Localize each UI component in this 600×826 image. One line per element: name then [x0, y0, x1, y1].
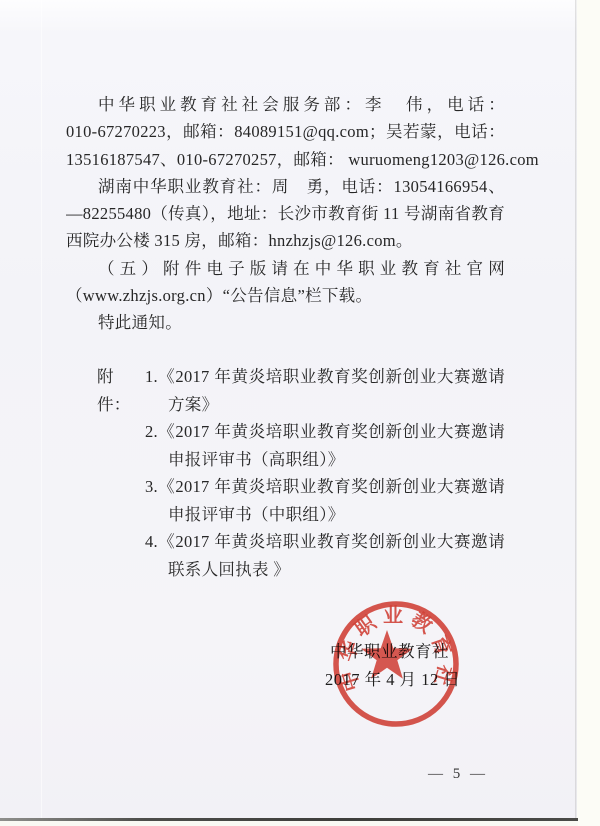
attachment-item-line: 申报评审书（高职组）》 — [145, 446, 505, 474]
page-number: — 5 — — [428, 766, 488, 783]
scan-margin — [577, 0, 600, 826]
body-text-line: 13516187547、010-67270257，邮箱： wuruomeng12… — [66, 146, 505, 173]
attachment-item-line: 4.《2017 年黄炎培职业教育奖创新创业大赛邀请赛 — [145, 528, 505, 556]
body-text-line: 西院办公楼 315 房，邮箱：hnzhzjs@126.com。 — [66, 227, 505, 254]
body-text-line: （www.zhzjs.org.cn）“公告信息”栏下载。 — [66, 282, 505, 309]
official-seal-stamp: 中华职业教育社 — [329, 597, 463, 731]
body-text-line: 中华职业教育社社会服务部：李 伟，电话：18910877555、 — [66, 91, 505, 118]
attachments-list: 1.《2017 年黄炎培职业教育奖创新创业大赛邀请赛 方案》 2.《2017 年… — [145, 363, 505, 583]
attachment-item-line: 3.《2017 年黄炎培职业教育奖创新创业大赛邀请赛 — [145, 473, 505, 501]
attachment-item-line: 联系人回执表 》 — [145, 556, 505, 584]
attachments-block: 附件： 1.《2017 年黄炎培职业教育奖创新创业大赛邀请赛 方案》 2.《20… — [97, 363, 505, 583]
attachment-item-line: 1.《2017 年黄炎培职业教育奖创新创业大赛邀请赛 — [145, 363, 505, 391]
body-paragraphs: 中华职业教育社社会服务部：李 伟，电话：18910877555、 010-672… — [66, 91, 505, 337]
body-text-line: （五）附件电子版请在中华职业教育社官网 — [66, 255, 505, 282]
attachment-item-line: 申报评审书（中职组）》 — [145, 501, 505, 529]
attachments-label: 附件： — [97, 363, 145, 391]
attachment-item-line: 方案》 — [145, 391, 505, 419]
body-text-line: 010-67270223，邮箱：84089151@qq.com；吴若蒙，电话： — [66, 118, 505, 145]
paper-crease — [41, 0, 42, 820]
body-text-line: —82255480（传真），地址：长沙市教育街 11 号湖南省教育厅 — [66, 200, 505, 227]
body-text-line: 特此通知。 — [66, 309, 505, 336]
body-text-line: 湖南中华职业教育社：周 勇，电话：13054166954、0731 — [66, 173, 505, 200]
attachment-item-line: 2.《2017 年黄炎培职业教育奖创新创业大赛邀请赛 — [145, 418, 505, 446]
scan-below-strip — [0, 821, 578, 826]
